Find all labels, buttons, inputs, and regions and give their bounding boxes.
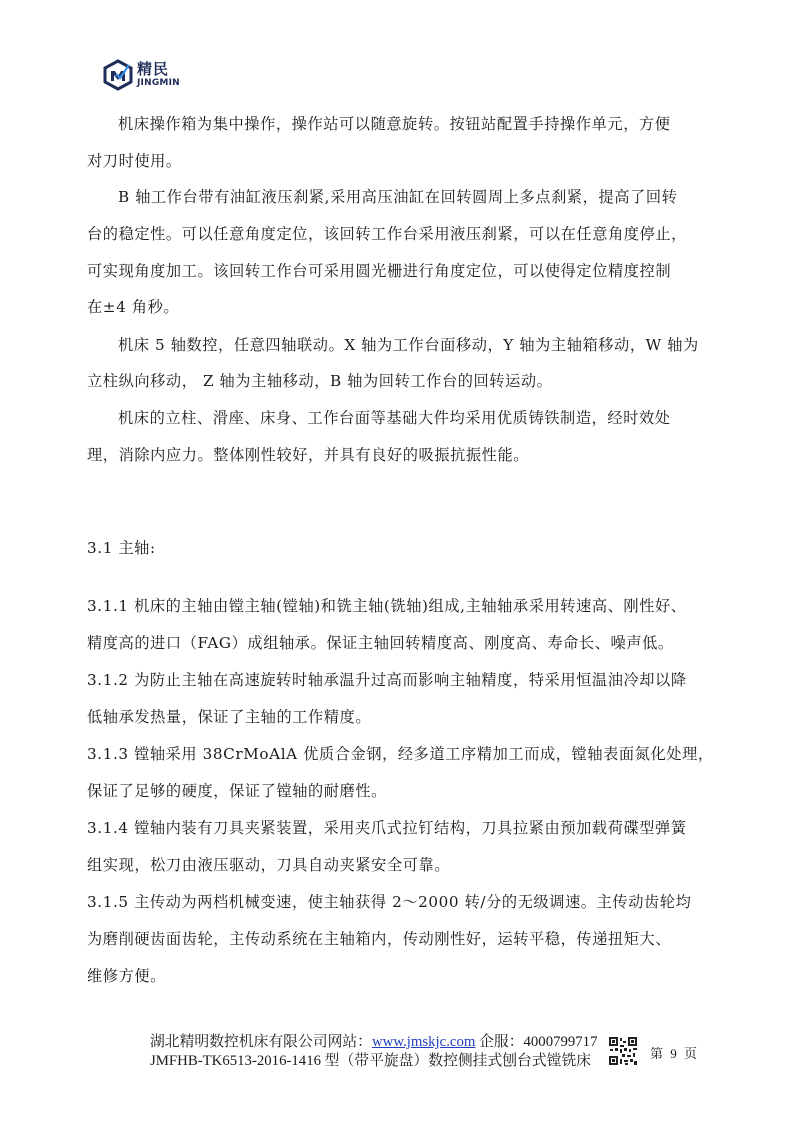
jingmin-logo-icon [103,59,133,91]
paragraph-line: 对刀时使用。 [87,150,182,172]
paragraph-line: 理，消除内应力。整体刚性较好，并具有良好的吸振抗振性能。 [87,444,529,466]
paragraph-line: 机床操作箱为集中操作，操作站可以随意旋转。按钮站配置手持操作单元，方便 [118,113,671,135]
section-line: 精度高的进口（FAG）成组轴承。保证主轴回转精度高、刚度高、寿命长、噪声低。 [87,632,674,654]
section-line: 3.1.3 镗轴采用 38CrMoAlA 优质合金钢，经多道工序精加工而成，镗轴… [87,743,714,765]
paragraph-line: 可实现角度加工。该回转工作台可采用圆光栅进行角度定位，可以使得定位精度控制 [87,260,671,282]
paragraph-line: B 轴工作台带有油缸液压刹紧,采用高压油缸在回转圆周上多点刹紧，提高了回转 [118,186,677,208]
page-footer: 湖北精明数控机床有限公司网站：www.jmskjc.com 企服：4000799… [150,1033,710,1083]
section-line: 3.1.1 机床的主轴由镗主轴(镗轴)和铣主轴(铣轴)组成,主轴轴承采用转速高、… [87,595,687,617]
company-logo: 精民 JINGMIN [103,58,203,92]
section-line: 保证了足够的硬度，保证了镗轴的耐磨性。 [87,780,387,802]
footer-contact-line: 湖北精明数控机床有限公司网站：www.jmskjc.com 企服：4000799… [150,1033,597,1051]
section-line: 3.1.5 主传动为两档机械变速，使主轴获得 2～2000 转/分的无级调速。主… [87,891,691,913]
section-line: 3.1.2 为防止主轴在高速旋转时轴承温升过高而影响主轴精度，特采用恒温油冷却以… [87,669,687,691]
logo-chinese-name: 精民 [137,62,180,77]
qr-code-icon [608,1036,638,1066]
footer-model-line: JMFHB-TK6513-2016-1416 型（带平旋盘）数控侧挂式刨台式镗铣… [150,1052,591,1070]
paragraph-line: 立柱纵向移动， Z 轴为主轴移动，B 轴为回转工作台的回转运动。 [87,370,552,392]
section-line: 维修方便。 [87,965,166,987]
section-line: 为磨削硬齿面齿轮，主传动系统在主轴箱内，传动刚性好，运转平稳，传递扭矩大、 [87,928,671,950]
section-heading: 3.1 主轴: [87,537,156,559]
page-number: 第 9 页 [650,1043,699,1062]
section-line: 3.1.4 镗轴内装有刀具夹紧装置，采用夹爪式拉钉结构，刀具拉紧由预加载荷碟型弹… [87,817,687,839]
paragraph-line: 机床的立柱、滑座、床身、工作台面等基础大件均采用优质铸铁制造，经时效处 [118,407,671,429]
paragraph-line: 机床 5 轴数控，任意四轴联动。X 轴为工作台面移动，Y 轴为主轴箱移动，W 轴… [118,334,699,356]
company-name: 湖北精明数控机床有限公司网站： [150,1034,372,1050]
logo-english-name: JINGMIN [137,79,180,88]
website-link[interactable]: www.jmskjc.com [372,1034,475,1050]
paragraph-line: 台的稳定性。可以任意角度定位，该回转工作台采用液压刹紧，可以在任意角度停止， [87,223,687,245]
section-line: 低轴承发热量，保证了主轴的工作精度。 [87,706,371,728]
service-phone: 企服：4000799717 [475,1034,597,1050]
paragraph-line: 在±4 角秒。 [87,296,179,318]
section-line: 组实现，松刀由液压驱动，刀具自动夹紧安全可靠。 [87,854,450,876]
